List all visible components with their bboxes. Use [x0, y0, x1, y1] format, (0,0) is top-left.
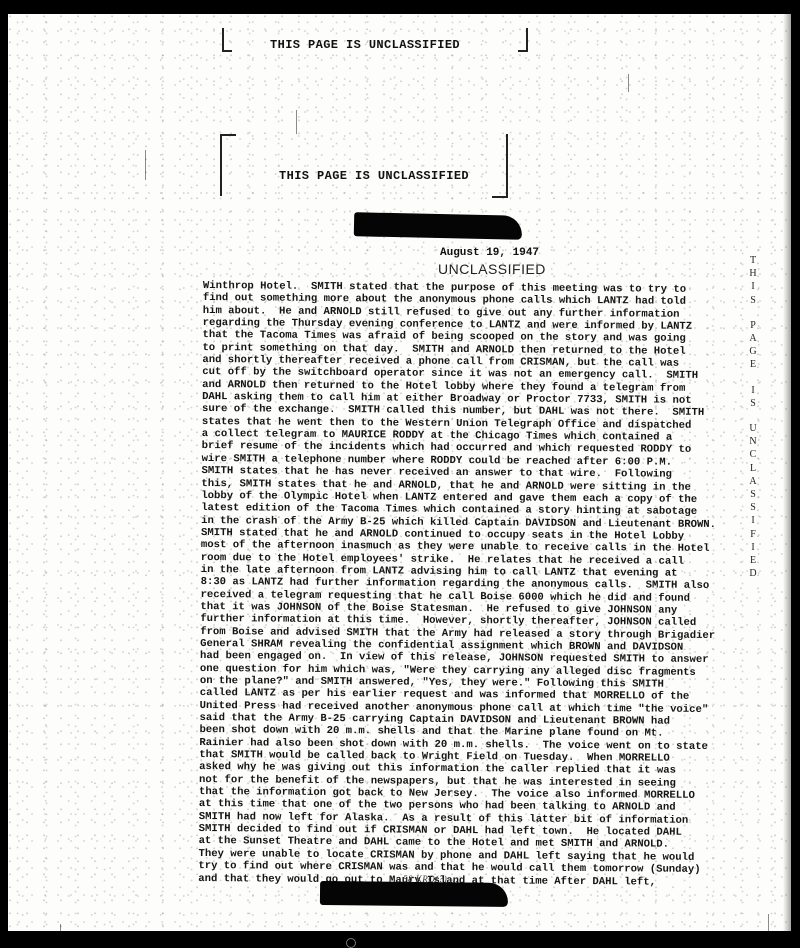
stamp-letter: L [747, 462, 759, 475]
stamp-letter: I [747, 384, 759, 397]
redaction-bar-bottom [320, 881, 508, 907]
scan-scratch [60, 924, 61, 931]
stamp-bracket [220, 134, 236, 196]
stamp-letter: E [747, 554, 759, 567]
stamp-letter: I [747, 541, 759, 554]
stamp-letter: F [747, 528, 759, 541]
scan-scratch [145, 150, 146, 180]
stamp-letter: I [747, 280, 759, 293]
unclassified-stamp: UNCLASSIFIED [438, 261, 546, 277]
stamp-letter: S [747, 397, 759, 410]
stamp-letter: P [747, 319, 759, 332]
stamp-bracket [492, 134, 508, 198]
stamp-letter: I [747, 514, 759, 527]
stamp-gap [747, 372, 759, 384]
redaction-bar-top [354, 212, 522, 240]
stamp-gap [747, 307, 759, 319]
stamp-letter: N [747, 435, 759, 448]
classification-stamp-mid: THIS PAGE IS UNCLASSIFIED [279, 169, 469, 183]
stamp-letter: S [747, 294, 759, 307]
stamp-bracket [222, 28, 232, 52]
stamp-letter: D [747, 567, 759, 580]
stamp-letter: S [747, 501, 759, 514]
stamp-letter: H [747, 267, 759, 280]
stamp-gap [747, 410, 759, 422]
stamp-letter: A [747, 475, 759, 488]
scan-scratch [768, 914, 769, 931]
document-date: August 19, 1947 [440, 247, 539, 259]
scan-artifact-mark [346, 938, 356, 948]
scan-scratch [296, 110, 297, 134]
classification-stamp-top: THIS PAGE IS UNCLASSIFIED [270, 38, 460, 52]
stamp-letter: E [747, 358, 759, 371]
page-edge-shadow [783, 14, 791, 931]
stamp-letter: S [747, 488, 759, 501]
stamp-letter: C [747, 448, 759, 461]
document-body: Winthrop Hotel. SMITH stated that the pu… [198, 280, 743, 889]
stamp-letter: A [747, 332, 759, 345]
scanned-document-page: THIS PAGE IS UNCLASSIFIED THIS PAGE IS U… [8, 14, 791, 931]
stamp-letter: G [747, 345, 759, 358]
stamp-bracket [518, 28, 528, 52]
scan-scratch [628, 74, 629, 92]
stamp-letter: U [747, 422, 759, 435]
stamp-letter: T [747, 254, 759, 267]
vertical-classification-stamp: THISPAGEISUNCLASSIFIED [747, 254, 759, 580]
